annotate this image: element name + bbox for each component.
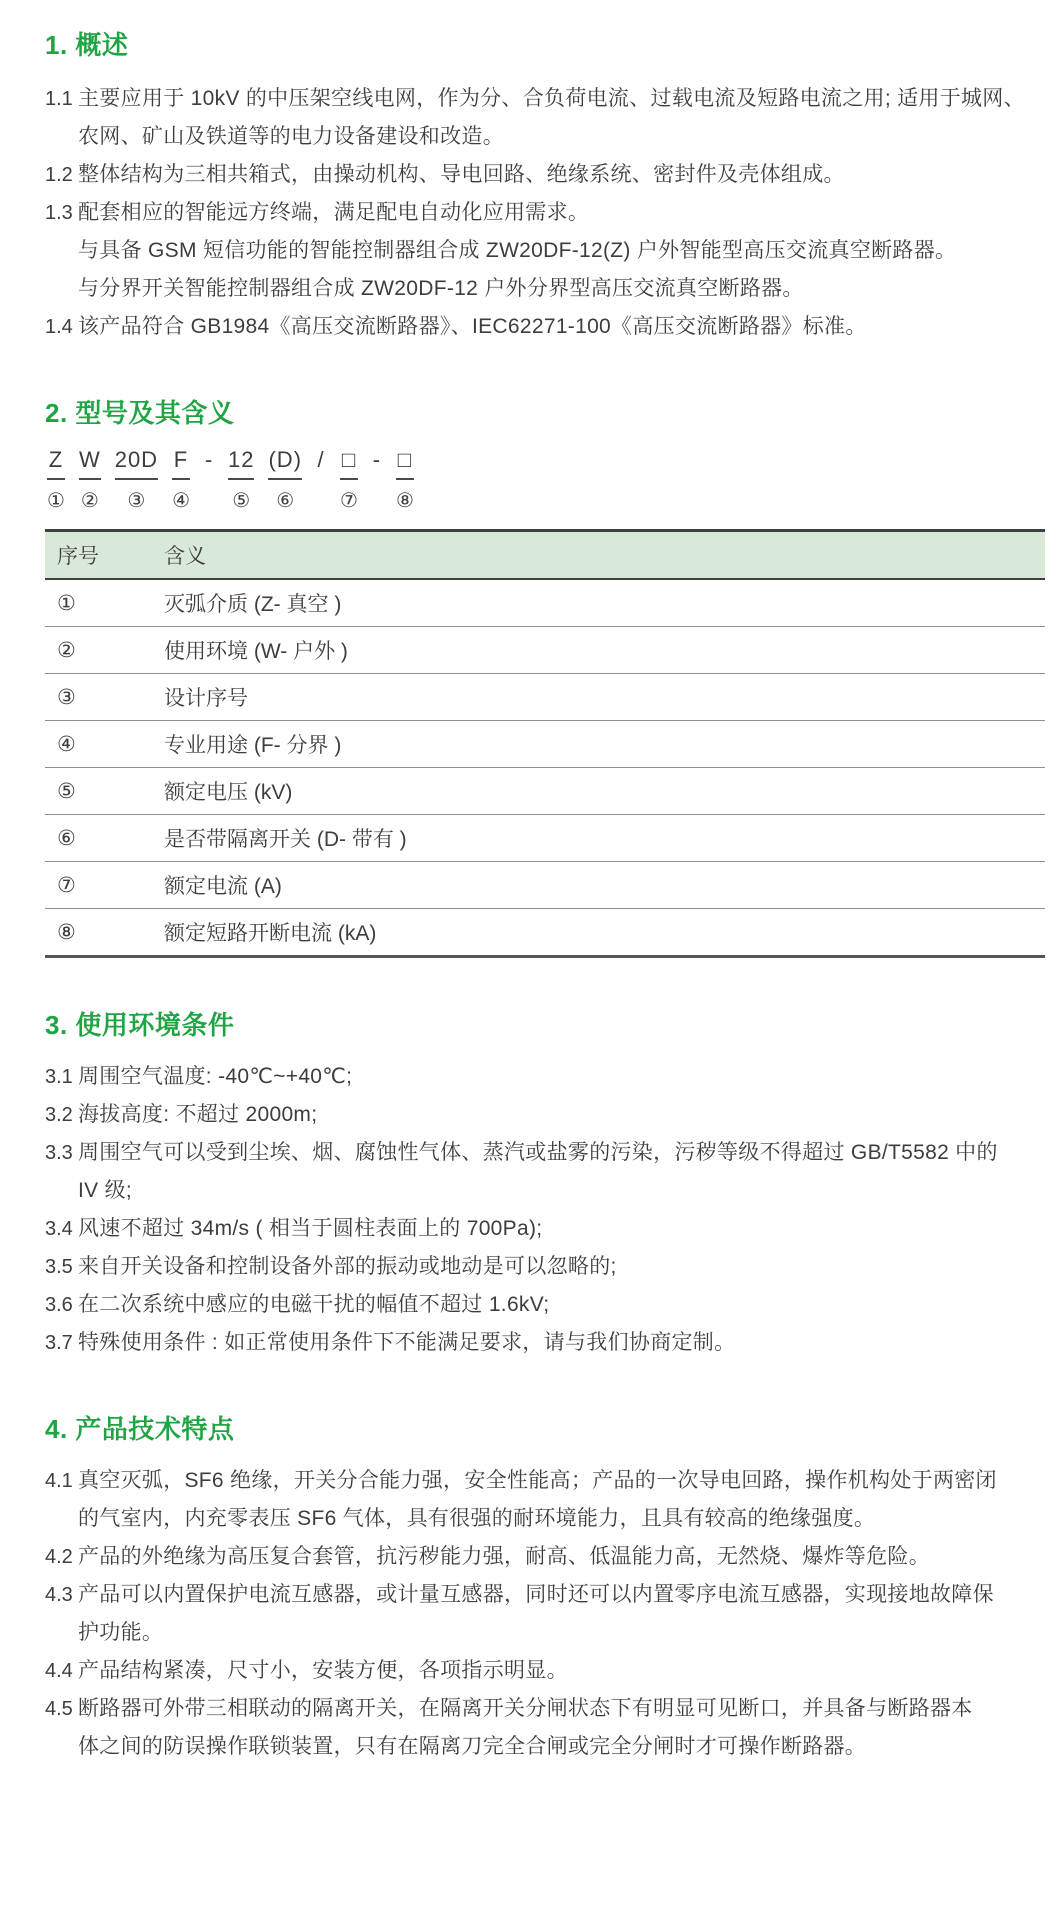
paragraph-4-1: 4.1 真空灭弧，SF6 绝缘，开关分合能力强，安全性能高；产品的一次导电回路，… bbox=[45, 1462, 1045, 1538]
paragraph-number: 4.1 bbox=[45, 1462, 73, 1500]
paragraph-number: 3.7 bbox=[45, 1324, 73, 1362]
model-separator-symbol: / bbox=[317, 446, 324, 473]
table-row: ④ 专业用途 (F- 分界 ) bbox=[45, 721, 1045, 768]
model-segment-z: Z ① bbox=[47, 446, 65, 513]
table-cell-meaning: 额定电压 (kV) bbox=[152, 768, 1045, 815]
paragraph-line: 周围空气可以受到尘埃、烟、腐蚀性气体、蒸汽或盐雾的污染，污秽等级不得超过 GB/… bbox=[78, 1134, 1045, 1172]
table-row: ③ 设计序号 bbox=[45, 674, 1045, 721]
table-row: ⑤ 额定电压 (kV) bbox=[45, 768, 1045, 815]
model-segment-symbol: (D) bbox=[268, 446, 302, 473]
table-cell-seq: ① bbox=[45, 579, 152, 627]
model-segment-mark: ⑤ bbox=[232, 489, 250, 513]
paragraph-3-5: 3.5 来自开关设备和控制设备外部的振动或地动是可以忽略的; bbox=[45, 1248, 1045, 1286]
model-segment-symbol: 20D bbox=[115, 446, 158, 473]
model-segment-mark bbox=[204, 489, 214, 513]
paragraph-3-7: 3.7 特殊使用条件 : 如正常使用条件下不能满足要求，请与我们协商定制。 bbox=[45, 1324, 1045, 1362]
paragraph-4-2: 4.2 产品的外绝缘为高压复合套管，抗污秽能力强，耐高、低温能力高，无然烧、爆炸… bbox=[45, 1538, 1045, 1576]
model-separator-dash: - bbox=[204, 446, 214, 513]
model-segment-mark bbox=[372, 489, 382, 513]
model-segment-underline bbox=[79, 478, 101, 480]
section-4-title: 4. 产品技术特点 bbox=[45, 1414, 1045, 1444]
model-segment-underline bbox=[268, 478, 302, 480]
model-segment-12: 12 ⑤ bbox=[228, 446, 254, 513]
table-cell-seq: ⑤ bbox=[45, 768, 152, 815]
table-cell-meaning: 额定短路开断电流 (kA) bbox=[152, 909, 1045, 957]
table-header-seq: 序号 bbox=[45, 531, 152, 580]
table-row: ① 灭弧介质 (Z- 真空 ) bbox=[45, 579, 1045, 627]
paragraph-line: 产品结构紧凑，尺寸小，安装方便，各项指示明显。 bbox=[78, 1652, 1045, 1690]
model-segment-mark: ⑦ bbox=[340, 489, 358, 513]
table-cell-seq: ④ bbox=[45, 721, 152, 768]
table-cell-seq: ③ bbox=[45, 674, 152, 721]
table-row: ② 使用环境 (W- 户外 ) bbox=[45, 627, 1045, 674]
model-placeholder-box: □ bbox=[342, 446, 356, 473]
table-cell-seq: ⑧ bbox=[45, 909, 152, 957]
table-cell-meaning: 额定电流 (A) bbox=[152, 862, 1045, 909]
section-2-title: 2. 型号及其含义 bbox=[45, 398, 1045, 428]
model-segment-w: W ② bbox=[79, 446, 101, 513]
table-header-meaning: 含义 bbox=[152, 531, 1045, 580]
paragraph-line: 体之间的防误操作联锁装置，只有在隔离刀完全合闸或完全分闸时才可操作断路器。 bbox=[78, 1728, 1045, 1766]
model-designation-diagram: Z ① W ② 20D ③ F ④ - 12 ⑤ bbox=[47, 446, 1045, 513]
paragraph-number: 1.3 bbox=[45, 194, 73, 232]
table-cell-meaning: 灭弧介质 (Z- 真空 ) bbox=[152, 579, 1045, 627]
paragraph-3-6: 3.6 在二次系统中感应的电磁干扰的幅值不超过 1.6kV; bbox=[45, 1286, 1045, 1324]
model-separator-slash: / bbox=[316, 446, 326, 513]
model-segment-f: F ④ bbox=[172, 446, 190, 513]
model-segment-mark: ① bbox=[47, 489, 65, 513]
paragraph-line: 的气室内，内充零表压 SF6 气体，具有很强的耐环境能力，且具有较高的绝缘强度。 bbox=[78, 1500, 1045, 1538]
paragraph-line: 配套相应的智能远方终端，满足配电自动化应用需求。 bbox=[78, 194, 1045, 232]
table-cell-meaning: 是否带隔离开关 (D- 带有 ) bbox=[152, 815, 1045, 862]
paragraph-number: 1.4 bbox=[45, 308, 73, 346]
table-cell-seq: ⑥ bbox=[45, 815, 152, 862]
model-segment-symbol: F bbox=[174, 446, 188, 473]
paragraph-line: 特殊使用条件 : 如正常使用条件下不能满足要求，请与我们协商定制。 bbox=[78, 1324, 1045, 1362]
model-meaning-table: 序号 含义 ① 灭弧介质 (Z- 真空 ) ② 使用环境 (W- 户外 ) ③ … bbox=[45, 529, 1045, 958]
paragraph-line: 与具备 GSM 短信功能的智能控制器组合成 ZW20DF-12(Z) 户外智能型… bbox=[78, 232, 1045, 270]
model-segment-symbol: Z bbox=[49, 446, 63, 473]
paragraph-line: 海拔高度: 不超过 2000m; bbox=[78, 1096, 1045, 1134]
model-segment-mark bbox=[316, 489, 326, 513]
paragraph-4-5: 4.5 断路器可外带三相联动的隔离开关，在隔离开关分闸状态下有明显可见断口，并具… bbox=[45, 1690, 1045, 1766]
model-segment-mark: ③ bbox=[127, 489, 145, 513]
model-segment-box1: □ ⑦ bbox=[340, 446, 358, 513]
paragraph-3-2: 3.2 海拔高度: 不超过 2000m; bbox=[45, 1096, 1045, 1134]
paragraph-line: 整体结构为三相共箱式，由操动机构、导电回路、绝缘系统、密封件及壳体组成。 bbox=[78, 156, 1045, 194]
model-segment-underline bbox=[372, 478, 382, 480]
model-segment-underline bbox=[115, 478, 158, 480]
model-segment-underline bbox=[172, 478, 190, 480]
paragraph-1-2: 1.2 整体结构为三相共箱式，由操动机构、导电回路、绝缘系统、密封件及壳体组成。 bbox=[45, 156, 1045, 194]
paragraph-number: 1.2 bbox=[45, 156, 73, 194]
paragraph-number: 3.2 bbox=[45, 1096, 73, 1134]
paragraph-number: 4.2 bbox=[45, 1538, 73, 1576]
model-segment-underline bbox=[396, 478, 414, 480]
paragraph-line: 断路器可外带三相联动的隔离开关，在隔离开关分闸状态下有明显可见断口，并具备与断路… bbox=[78, 1690, 1045, 1728]
model-segment-20d: 20D ③ bbox=[115, 446, 158, 513]
paragraph-line: 该产品符合 GB1984《高压交流断路器》、IEC62271-100《高压交流断… bbox=[78, 308, 1045, 346]
model-segment-mark: ④ bbox=[172, 489, 190, 513]
paragraph-line: 与分界开关智能控制器组合成 ZW20DF-12 户外分界型高压交流真空断路器。 bbox=[78, 270, 1045, 308]
model-segment-underline bbox=[340, 478, 358, 480]
table-row: ⑦ 额定电流 (A) bbox=[45, 862, 1045, 909]
paragraph-4-4: 4.4 产品结构紧凑，尺寸小，安装方便，各项指示明显。 bbox=[45, 1652, 1045, 1690]
paragraph-1-1: 1.1 主要应用于 10kV 的中压架空线电网，作为分、合负荷电流、过载电流及短… bbox=[45, 80, 1045, 156]
model-segment-symbol: 12 bbox=[228, 446, 254, 473]
section-1-title: 1. 概述 bbox=[45, 30, 1045, 60]
paragraph-number: 3.1 bbox=[45, 1058, 73, 1096]
paragraph-line: 风速不超过 34m/s ( 相当于圆柱表面上的 700Pa); bbox=[78, 1210, 1045, 1248]
model-segment-mark: ② bbox=[81, 489, 99, 513]
table-header-row: 序号 含义 bbox=[45, 531, 1045, 580]
paragraph-number: 3.6 bbox=[45, 1286, 73, 1324]
table-cell-meaning: 使用环境 (W- 户外 ) bbox=[152, 627, 1045, 674]
paragraph-number: 3.5 bbox=[45, 1248, 73, 1286]
paragraph-1-4: 1.4 该产品符合 GB1984《高压交流断路器》、IEC62271-100《高… bbox=[45, 308, 1045, 346]
model-segment-box2: □ ⑧ bbox=[396, 446, 414, 513]
paragraph-number: 1.1 bbox=[45, 80, 73, 118]
paragraph-line: 在二次系统中感应的电磁干扰的幅值不超过 1.6kV; bbox=[78, 1286, 1045, 1324]
paragraph-line: 来自开关设备和控制设备外部的振动或地动是可以忽略的; bbox=[78, 1248, 1045, 1286]
paragraph-3-4: 3.4 风速不超过 34m/s ( 相当于圆柱表面上的 700Pa); bbox=[45, 1210, 1045, 1248]
model-segment-d: (D) ⑥ bbox=[268, 446, 302, 513]
paragraph-number: 3.3 bbox=[45, 1134, 73, 1172]
model-segment-symbol: W bbox=[79, 446, 101, 473]
model-segment-underline bbox=[47, 478, 65, 480]
paragraph-line: 护功能。 bbox=[78, 1614, 1045, 1652]
paragraph-1-3: 1.3 配套相应的智能远方终端，满足配电自动化应用需求。 与具备 GSM 短信功… bbox=[45, 194, 1045, 308]
paragraph-number: 4.5 bbox=[45, 1690, 73, 1728]
table-cell-seq: ⑦ bbox=[45, 862, 152, 909]
paragraph-line: 产品的外绝缘为高压复合套管，抗污秽能力强，耐高、低温能力高，无然烧、爆炸等危险。 bbox=[78, 1538, 1045, 1576]
paragraph-line: 主要应用于 10kV 的中压架空线电网，作为分、合负荷电流、过载电流及短路电流之… bbox=[78, 80, 1045, 118]
paragraph-line: 周围空气温度: -40℃~+40℃; bbox=[78, 1058, 1045, 1096]
paragraph-3-3: 3.3 周围空气可以受到尘埃、烟、腐蚀性气体、蒸汽或盐雾的污染，污秽等级不得超过… bbox=[45, 1134, 1045, 1210]
model-segment-underline bbox=[228, 478, 254, 480]
paragraph-number: 3.4 bbox=[45, 1210, 73, 1248]
model-segment-mark: ⑥ bbox=[276, 489, 294, 513]
table-cell-seq: ② bbox=[45, 627, 152, 674]
table-row: ⑧ 额定短路开断电流 (kA) bbox=[45, 909, 1045, 957]
table-row: ⑥ 是否带隔离开关 (D- 带有 ) bbox=[45, 815, 1045, 862]
document-page: 1. 概述 1.1 主要应用于 10kV 的中压架空线电网，作为分、合负荷电流、… bbox=[0, 0, 1061, 1766]
model-separator-dash2: - bbox=[372, 446, 382, 513]
paragraph-4-3: 4.3 产品可以内置保护电流互感器，或计量互感器，同时还可以内置零序电流互感器，… bbox=[45, 1576, 1045, 1652]
paragraph-line: 农网、矿山及铁道等的电力设备建设和改造。 bbox=[78, 118, 1045, 156]
model-separator-symbol: - bbox=[373, 446, 381, 473]
table-cell-meaning: 设计序号 bbox=[152, 674, 1045, 721]
paragraph-number: 4.4 bbox=[45, 1652, 73, 1690]
model-separator-symbol: - bbox=[205, 446, 213, 473]
paragraph-line: IV 级; bbox=[78, 1172, 1045, 1210]
model-placeholder-box: □ bbox=[398, 446, 412, 473]
paragraph-number: 4.3 bbox=[45, 1576, 73, 1614]
section-3-title: 3. 使用环境条件 bbox=[45, 1010, 1045, 1040]
table-cell-meaning: 专业用途 (F- 分界 ) bbox=[152, 721, 1045, 768]
paragraph-3-1: 3.1 周围空气温度: -40℃~+40℃; bbox=[45, 1058, 1045, 1096]
paragraph-line: 产品可以内置保护电流互感器，或计量互感器，同时还可以内置零序电流互感器，实现接地… bbox=[78, 1576, 1045, 1614]
model-segment-mark: ⑧ bbox=[396, 489, 414, 513]
paragraph-line: 真空灭弧，SF6 绝缘，开关分合能力强，安全性能高；产品的一次导电回路，操作机构… bbox=[78, 1462, 1045, 1500]
model-segment-underline bbox=[204, 478, 214, 480]
model-segment-underline bbox=[316, 478, 326, 480]
